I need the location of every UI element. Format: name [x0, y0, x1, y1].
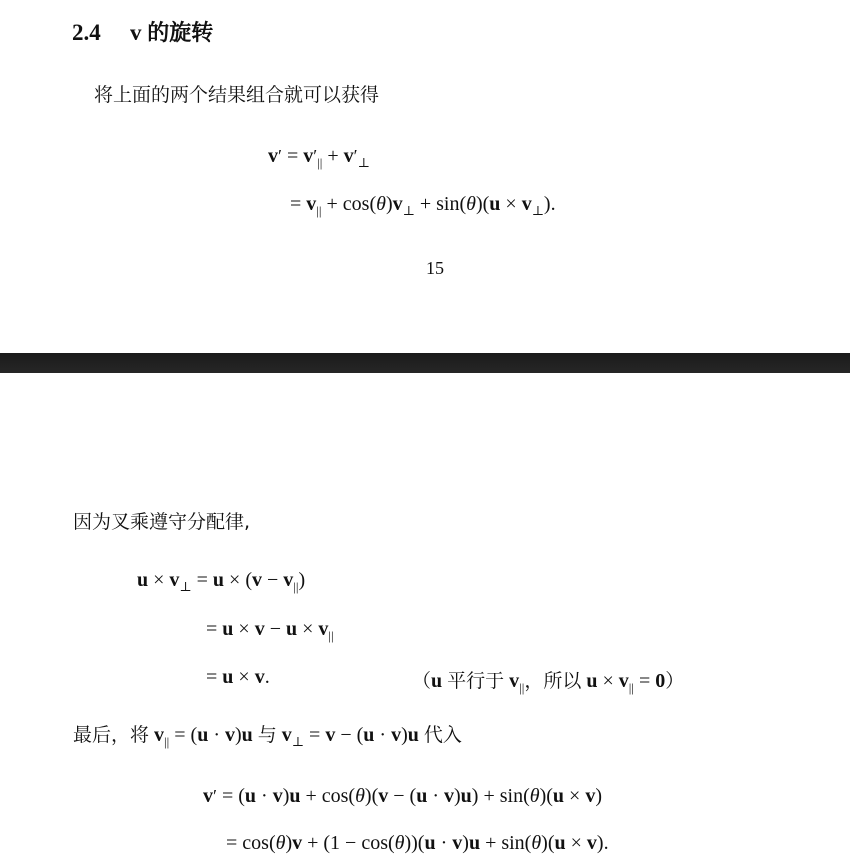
- page-separator: [0, 353, 850, 373]
- substitution-prefix: 最后，将: [73, 724, 149, 746]
- substitution-conj: 与: [258, 724, 277, 746]
- intro-paragraph: 将上面的两个结果组合就可以获得: [94, 80, 379, 107]
- equation-2-note: （u 平行于 v||，所以 u × v|| = 0）: [412, 666, 684, 693]
- equation-2-line-3: = u × v.: [206, 666, 270, 689]
- section-title-text: 的旋转: [147, 21, 213, 46]
- equation-3-line-2: = cos(θ)v + (1 − cos(θ))(u · v)u + sin(θ…: [226, 832, 609, 855]
- page-number: 15: [426, 258, 444, 279]
- section-heading: 2.4v 的旋转: [72, 16, 213, 47]
- substitution-paragraph: 最后，将 v|| = (u · v)u 与 v⊥ = v − (u · v)u …: [73, 720, 462, 747]
- equation-1-line-2: = v|| + cos(θ)v⊥ + sin(θ)(u × v⊥).: [290, 193, 556, 216]
- equation-1-line-1: v′ = v′|| + v′⊥: [268, 145, 370, 168]
- distributive-paragraph: 因为叉乘遵守分配律,: [73, 507, 250, 534]
- substitution-suffix: 代入: [424, 724, 462, 746]
- equation-2-line-1: u × v⊥ = u × (v − v||): [137, 569, 305, 592]
- section-number: 2.4: [72, 20, 130, 46]
- equation-3-line-1: v′ = (u · v)u + cos(θ)(v − (u · v)u) + s…: [203, 785, 602, 808]
- equation-2-line-2: = u × v − u × v||: [206, 618, 334, 641]
- section-title-var: v: [130, 20, 142, 45]
